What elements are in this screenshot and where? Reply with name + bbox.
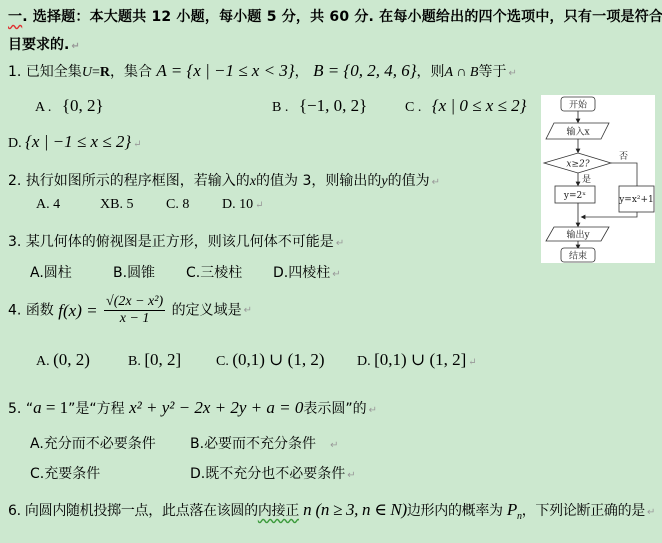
option-label: C.: [166, 197, 179, 212]
q4-option-a[interactable]: A. (0, 2): [36, 350, 90, 370]
flowchart-figure: 开始 输入x x≥2? 否 是 y=2ˣ y=x²+1 输出y 结束: [541, 95, 655, 263]
stem-text: 函数: [26, 303, 54, 319]
option-text: [0, 2]: [144, 350, 181, 369]
option-label: D.: [190, 466, 205, 482]
math-var: a: [33, 398, 42, 417]
question-number: 1.: [8, 64, 21, 80]
q2-option-b[interactable]: XB. 5: [100, 197, 133, 213]
question-1-stem: 1. 已知全集U=R，集合 A = {x | −1 ≤ x < 3}， B = …: [8, 61, 517, 81]
option-label: C.: [216, 354, 229, 369]
option-label: B.: [113, 265, 127, 281]
option-text: {0, 2}: [62, 96, 104, 115]
stem-text: 等于: [478, 64, 506, 80]
paragraph-mark-icon: ↵: [71, 41, 79, 52]
q2-option-d[interactable]: D. 10↵: [222, 197, 264, 213]
heading-text: . 选择题：本大题共 12 小题，每小题 5 分，共 60 分. 在每小题给出的…: [22, 9, 662, 25]
paragraph-mark-icon: ↵: [332, 269, 340, 280]
fraction-denominator: x − 1: [104, 311, 165, 326]
flow-no-process-label: y=x²+1: [618, 195, 654, 205]
option-label: A.: [36, 197, 50, 212]
option-label: D.: [357, 354, 371, 369]
option-label: A.: [36, 354, 50, 369]
stem-text: 表示圆”的: [303, 401, 366, 417]
q5-option-d[interactable]: D.既不充分也不必要条件↵: [190, 463, 356, 483]
paragraph-mark-icon: ↵: [330, 440, 338, 451]
flow-no-label: 否: [619, 151, 628, 162]
option-label: B.: [128, 354, 141, 369]
stem-text: 的值为: [388, 173, 430, 189]
question-4-stem: 4. 函数 f(x) = √(2x − x²) x − 1 的定义域是↵: [8, 295, 252, 326]
paragraph-mark-icon: ↵: [347, 470, 355, 481]
flow-output-label: 输出y: [566, 229, 590, 241]
option-text: {x | −1 ≤ x ≤ 2}: [25, 132, 131, 151]
question-number: 4.: [8, 303, 21, 319]
q5-option-c[interactable]: C.充要条件: [30, 463, 100, 483]
question-number: 3.: [8, 234, 21, 250]
math-var: U: [82, 65, 92, 80]
stem-text-underlined: 内接正: [258, 503, 299, 519]
paragraph-mark-icon: ↵: [468, 357, 476, 368]
question-2-stem: 2. 执行如图所示的程序框图，若输入的x的值为 3，则输出的y的值为↵: [8, 170, 440, 190]
q1-option-c[interactable]: C . {x | 0 ≤ x ≤ 2}: [405, 96, 526, 116]
flow-yes-process-label: y=2ˣ: [563, 191, 586, 201]
paragraph-mark-icon: ↵: [336, 238, 344, 249]
math-expr: B = {0, 2, 4, 6}: [313, 61, 416, 80]
option-text: 四棱柱: [288, 265, 330, 281]
q4-option-c[interactable]: C. (0,1) ∪ (1, 2): [216, 350, 324, 370]
option-text: {x | 0 ≤ x ≤ 2}: [432, 96, 527, 115]
q5-option-b[interactable]: B.必要而不充分条件↵: [190, 433, 338, 453]
option-label: A .: [35, 100, 51, 115]
section-heading: 一. 选择题：本大题共 12 小题，每小题 5 分，共 60 分. 在每小题给出…: [8, 6, 662, 26]
flow-start-label: 开始: [569, 99, 588, 111]
q3-option-c[interactable]: C.三棱柱: [186, 262, 242, 282]
option-text: 必要而不充分条件: [204, 436, 316, 452]
heading-prefix: 一: [8, 9, 22, 25]
option-label: C.: [186, 265, 200, 281]
math-expr: x² + y² − 2x + 2y + a = 0: [129, 398, 303, 417]
math-expr: (n ≥ 3, n ∈ N): [315, 500, 406, 519]
option-text: {−1, 0, 2}: [299, 96, 367, 115]
option-label: C .: [405, 100, 421, 115]
stem-text: ，下列论断正确的是: [522, 503, 645, 519]
option-text: [0,1) ∪ (1, 2]: [374, 350, 466, 369]
q3-option-b[interactable]: B.圆锥: [113, 262, 155, 282]
paragraph-mark-icon: ↵: [244, 305, 252, 316]
q2-option-a[interactable]: A. 4: [36, 197, 60, 213]
option-label: D.: [222, 197, 236, 212]
math-set: R: [100, 65, 110, 80]
option-text: 4: [53, 197, 60, 212]
q3-option-a[interactable]: A.圆柱: [30, 262, 72, 282]
stem-text: 已知全集: [26, 64, 82, 80]
option-text: 8: [182, 197, 189, 212]
option-label: A.: [30, 436, 44, 452]
option-text: (0, 2): [53, 350, 90, 369]
math-var: n: [303, 500, 311, 519]
stem-text: 向圆内随机投掷一点，此点落在该圆的: [25, 503, 258, 519]
stem-text: ，: [295, 64, 309, 80]
paragraph-mark-icon: ↵: [133, 139, 141, 150]
question-6-stem: 6. 向圆内随机投掷一点，此点落在该圆的内接正 n (n ≥ 3, n ∈ N)…: [8, 500, 655, 522]
q4-option-d[interactable]: D. [0,1) ∪ (1, 2]↵: [357, 350, 477, 370]
flow-yes-label: 是: [582, 174, 591, 185]
q4-option-b[interactable]: B. [0, 2]: [128, 350, 181, 370]
heading-text-line2: 目要求的.: [8, 37, 69, 53]
question-number: 5.: [8, 401, 21, 417]
stem-text: ”是“方程: [68, 401, 125, 417]
option-text: 5: [126, 197, 133, 212]
question-number: 6.: [8, 503, 21, 519]
question-3-stem: 3. 某几何体的俯视图是正方形，则该几何体不可能是↵: [8, 231, 344, 251]
stem-text: 某几何体的俯视图是正方形，则该几何体不可能是: [26, 234, 334, 250]
option-text: 圆柱: [44, 265, 72, 281]
option-label: A.: [30, 265, 44, 281]
question-5-stem: 5. “a = 1”是“方程 x² + y² − 2x + 2y + a = 0…: [8, 398, 377, 418]
math-op: =: [92, 65, 100, 80]
stem-text: “: [26, 401, 33, 417]
fraction-numerator: √(2x − x²): [104, 295, 165, 311]
stem-text: 执行如图所示的程序框图，若输入的: [26, 173, 250, 189]
q1-option-d[interactable]: D. {x | −1 ≤ x ≤ 2}↵: [8, 132, 142, 152]
option-label: D.: [273, 265, 288, 281]
math-var: P: [507, 500, 517, 519]
q5-option-a[interactable]: A.充分而不必要条件: [30, 433, 156, 453]
math-expr: A ∩ B: [445, 65, 479, 80]
math-expr: = 1: [42, 398, 69, 417]
q2-option-c[interactable]: C. 8: [166, 197, 189, 213]
flowchart-diagram: 开始 输入x x≥2? 否 是 y=2ˣ y=x²+1 输出y 结束: [541, 95, 655, 263]
flow-end-label: 结束: [569, 250, 587, 262]
stem-text: 边形内的概率为: [407, 503, 503, 519]
option-label: XB.: [100, 197, 123, 212]
option-text: 10: [239, 197, 253, 212]
option-text: 充要条件: [44, 466, 100, 482]
flow-decision-label: x≥2?: [566, 160, 589, 170]
stem-text: 的定义域是: [172, 303, 242, 319]
flow-input-label: 输入x: [566, 126, 589, 138]
option-label: B .: [272, 100, 288, 115]
paragraph-mark-icon: ↵: [647, 507, 655, 518]
question-number: 2.: [8, 173, 21, 189]
option-text: 圆锥: [127, 265, 155, 281]
q1-option-a[interactable]: A . {0, 2}: [35, 96, 104, 116]
option-label: D.: [8, 136, 22, 151]
paragraph-mark-icon: ↵: [508, 68, 516, 79]
q1-option-b[interactable]: B . {−1, 0, 2}: [272, 96, 367, 116]
option-text: 既不充分也不必要条件: [205, 466, 345, 482]
stem-text: ，集合: [110, 64, 152, 80]
math-func: f(x) =: [58, 301, 97, 320]
stem-text: ，则: [417, 64, 445, 80]
option-text: 三棱柱: [200, 265, 242, 281]
option-text: 充分而不必要条件: [44, 436, 156, 452]
q3-option-d[interactable]: D.四棱柱↵: [273, 262, 341, 282]
paragraph-mark-icon: ↵: [369, 405, 377, 416]
option-label: C.: [30, 466, 44, 482]
stem-text: 的值为 3，则输出的: [256, 173, 381, 189]
fraction: √(2x − x²) x − 1: [104, 295, 165, 326]
paragraph-mark-icon: ↵: [255, 200, 263, 211]
paragraph-mark-icon: ↵: [432, 177, 440, 188]
option-label: B.: [190, 436, 204, 452]
math-expr: A = {x | −1 ≤ x < 3}: [156, 61, 294, 80]
section-heading-line2: 目要求的.↵: [8, 34, 80, 54]
option-text: (0,1) ∪ (1, 2): [232, 350, 324, 369]
